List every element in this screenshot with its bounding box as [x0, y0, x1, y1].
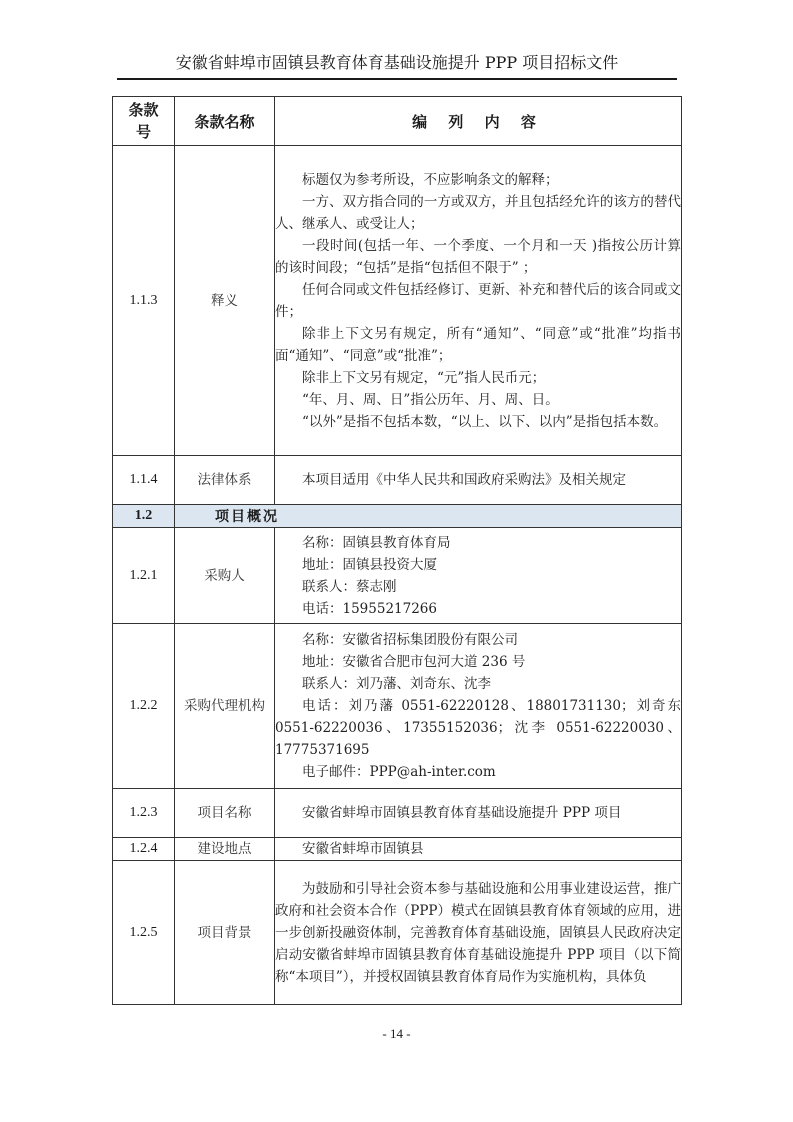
table-row: 1.2.4 建设地点 安徽省蚌埠市固镇县 — [113, 838, 682, 861]
clause-content: 本项目适用《中华人民共和国政府采购法》及相关规定 — [275, 456, 682, 505]
header-clause-name: 条款名称 — [175, 97, 275, 146]
table-header-row: 条款号 条款名称 编 列 内 容 — [113, 97, 682, 146]
header-rule — [117, 78, 677, 80]
clause-name: 法律体系 — [175, 456, 275, 505]
clause-number: 1.1.3 — [113, 146, 175, 456]
clause-number: 1.1.4 — [113, 456, 175, 505]
table-row: 1.2.2 采购代理机构 名称：安徽省招标集团股份有限公司 地址：安徽省合肥市包… — [113, 624, 682, 789]
content-paragraph: 任何合同或文件包括经修订、更新、补充和替代后的该合同或文件； — [275, 279, 681, 323]
content-paragraph: 联系人：刘乃藩、刘奇东、沈李 — [275, 673, 681, 695]
content-paragraph: 电话：刘乃藩 0551-62220128、18801731130；刘奇东 055… — [275, 695, 681, 761]
section-number: 1.2 — [113, 505, 175, 528]
content-paragraph: 本项目适用《中华人民共和国政府采购法》及相关规定 — [275, 469, 681, 491]
content-paragraph: 名称：安徽省招标集团股份有限公司 — [275, 629, 681, 651]
content-paragraph: “年、月、周、日”指公历年、月、周、日。 — [275, 389, 681, 411]
content-paragraph: 除非上下文另有规定，“元”指人民币元； — [275, 367, 681, 389]
content-paragraph: 安徽省蚌埠市固镇县 — [275, 838, 681, 860]
table-row: 1.2.1 采购人 名称：固镇县教育体育局 地址：固镇县投资大厦 联系人：蔡志刚… — [113, 528, 682, 624]
content-paragraph: 地址：固镇县投资大厦 — [275, 554, 681, 576]
table-row: 1.2.5 项目背景 为鼓励和引导社会资本参与基础设施和公用事业建设运营，推广政… — [113, 861, 682, 1005]
section-title: 项目概况 — [175, 505, 682, 528]
content-paragraph: 电话：15955217266 — [275, 598, 681, 620]
section-row: 1.2 项目概况 — [113, 505, 682, 528]
clause-number: 1.2.2 — [113, 624, 175, 789]
content-paragraph: 一段时间(包括一年、一个季度、一个月和一天 )指按公历计算的该时间段；“包括”是… — [275, 235, 681, 279]
clause-name: 释义 — [175, 146, 275, 456]
clause-name: 采购人 — [175, 528, 275, 624]
content-paragraph: “以外”是指不包括本数，“以上、以下、以内”是指包括本数。 — [275, 411, 681, 433]
header-clause-number: 条款号 — [113, 97, 175, 146]
clause-name: 项目背景 — [175, 861, 275, 1005]
clause-content: 安徽省蚌埠市固镇县 — [275, 838, 682, 861]
clause-table: 条款号 条款名称 编 列 内 容 1.1.3 释义 标题仅为参考所设，不应影响条… — [112, 96, 682, 1005]
content-paragraph: 标题仅为参考所设，不应影响条文的解释； — [275, 169, 681, 191]
clause-number: 1.2.5 — [113, 861, 175, 1005]
table-row: 1.2.3 项目名称 安徽省蚌埠市固镇县教育体育基础设施提升 PPP 项目 — [113, 789, 682, 838]
content-paragraph: 为鼓励和引导社会资本参与基础设施和公用事业建设运营，推广政府和社会资本合作（PP… — [275, 878, 681, 988]
clause-content: 为鼓励和引导社会资本参与基础设施和公用事业建设运营，推广政府和社会资本合作（PP… — [275, 861, 682, 1005]
content-paragraph: 除非上下文另有规定，所有“通知”、“同意”或“批准”均指书面“通知”、“同意”或… — [275, 323, 681, 367]
header-content: 编 列 内 容 — [275, 97, 682, 146]
clause-number: 1.2.3 — [113, 789, 175, 838]
clause-content: 名称：安徽省招标集团股份有限公司 地址：安徽省合肥市包河大道 236 号 联系人… — [275, 624, 682, 789]
clause-content: 安徽省蚌埠市固镇县教育体育基础设施提升 PPP 项目 — [275, 789, 682, 838]
content-paragraph: 安徽省蚌埠市固镇县教育体育基础设施提升 PPP 项目 — [275, 802, 681, 824]
table-row: 1.1.4 法律体系 本项目适用《中华人民共和国政府采购法》及相关规定 — [113, 456, 682, 505]
clause-content: 标题仅为参考所设，不应影响条文的解释； 一方、双方指合同的一方或双方，并且包括经… — [275, 146, 682, 456]
content-paragraph: 地址：安徽省合肥市包河大道 236 号 — [275, 651, 681, 673]
content-paragraph: 一方、双方指合同的一方或双方，并且包括经允许的该方的替代人、继承人、或受让人； — [275, 191, 681, 235]
page-number: - 14 - — [0, 1026, 793, 1042]
table-row: 1.1.3 释义 标题仅为参考所设，不应影响条文的解释； 一方、双方指合同的一方… — [113, 146, 682, 456]
content-paragraph: 名称：固镇县教育体育局 — [275, 532, 681, 554]
clause-number: 1.2.4 — [113, 838, 175, 861]
running-header: 安徽省蚌埠市固镇县教育体育基础设施提升 PPP 项目招标文件 — [117, 52, 677, 74]
email-paragraph: 电子邮件：PPP@ah-inter.com — [275, 761, 681, 783]
content-paragraph: 联系人：蔡志刚 — [275, 576, 681, 598]
clause-name: 建设地点 — [175, 838, 275, 861]
clause-number: 1.2.1 — [113, 528, 175, 624]
clause-content: 名称：固镇县教育体育局 地址：固镇县投资大厦 联系人：蔡志刚 电话：159552… — [275, 528, 682, 624]
clause-name: 项目名称 — [175, 789, 275, 838]
clause-name: 采购代理机构 — [175, 624, 275, 789]
